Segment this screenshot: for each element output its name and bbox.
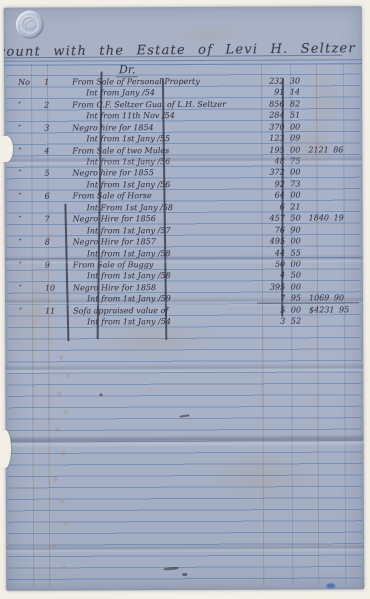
row-subtotal: 2121 86 [304,145,360,154]
row-no-label: ″ [7,306,37,315]
ink-speck [99,393,102,396]
row-subtotal: $4231 95 [305,305,361,314]
row-subtotal: 1840 19 [305,213,361,222]
row-no-label: ″ [6,169,36,178]
row-item-number: 8 [37,238,61,247]
torn-notch [0,136,13,162]
ink-speck [182,573,187,576]
row-amount: 195 00 [256,145,304,154]
row-item-number: 4 [36,146,60,155]
row-item-number: 1 [36,77,60,86]
row-no-label: ″ [7,215,37,224]
row-amount: 372 00 [256,168,304,177]
row-no-label: ″ [7,283,37,292]
row-item-number: 5 [36,169,60,178]
blue-pen-mark [326,583,335,588]
row-item-number: 2 [36,100,60,109]
row-item-number: 7 [37,215,61,224]
fold-crease [4,155,362,166]
row-description: Int from 1st Jany /54 [61,317,257,327]
row-no-label: ″ [7,238,37,247]
fold-crease [6,543,364,554]
row-amount: 370 00 [256,122,304,131]
row-amount: 64 00 [257,191,305,200]
ledger-row: Int from 1st Jany /54 3 52 [7,314,361,327]
row-no-label: ″ [6,100,36,109]
row-amount: 284 51 [256,111,304,120]
row-amount: 856 82 [256,99,304,108]
torn-notch [0,430,11,468]
row-amount: 3 52 [257,317,305,326]
scanned-document: count with the Estate of Levi H. Seltzer… [0,0,370,599]
row-no-label: No [6,78,36,87]
row-amount: 123 09 [256,134,304,143]
fold-crease [5,254,363,265]
row-amount: 232 30 [256,76,304,85]
ledger-paper: count with the Estate of Levi H. Seltzer… [4,6,365,591]
row-item-number: 6 [37,192,61,201]
embossed-seal-icon [16,11,44,39]
ledger-entries: No 1 From Sale of Personal Property 232 … [6,74,361,327]
row-amount: 92 73 [256,179,304,188]
row-item-number: 11 [37,306,61,315]
row-no-label: ″ [7,192,37,201]
fold-crease [6,434,364,448]
fold-crease [5,296,363,307]
row-no-label: ″ [6,123,36,132]
fold-crease [5,363,363,374]
row-item-number: 3 [36,123,60,132]
row-item-number: 10 [37,283,61,292]
row-amount: 91 14 [256,88,304,97]
